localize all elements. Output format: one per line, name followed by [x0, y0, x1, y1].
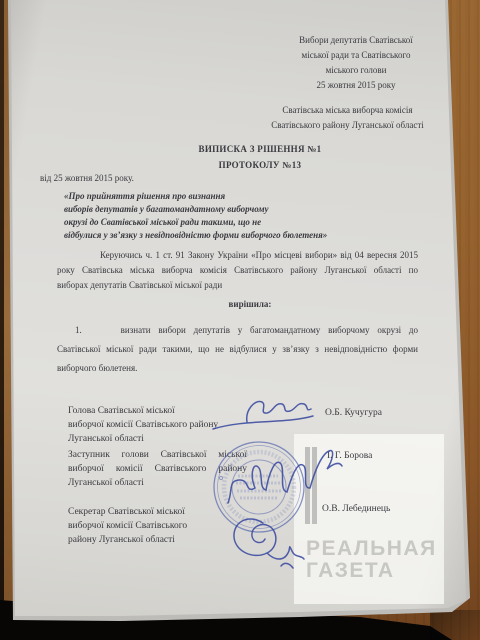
watermark-line: РЕАЛЬНАЯ — [306, 538, 437, 560]
subject-block: «Про прийняття рішення про визнання вибо… — [64, 190, 374, 242]
signatory-title-line: виборчої комісії Сватівського — [68, 519, 238, 533]
signatory-title-line: виборчої комісії Сватівського району — [68, 418, 247, 432]
subject-line: виборів депутатів у багатомандатному виб… — [64, 203, 374, 216]
signatory-title-deputy: Заступник голови Сватівської міської виб… — [68, 448, 247, 490]
watermark-line: ГАЗЕТА — [306, 560, 437, 582]
photo-of-document: Вибори депутатів Сватівської міської рад… — [0, 0, 480, 640]
signatory-title-line: Голова Сватівської міської — [68, 404, 247, 418]
signatory-title-line: Заступник голови Сватівської міської — [68, 448, 247, 462]
header-line: Вибори депутатів Сватівської — [270, 33, 442, 48]
signatory-title-line: Луганської області — [68, 476, 247, 490]
signatory-name-secretary: О.В. Лебединець — [322, 502, 390, 517]
title-line: ПРОТОКОЛУ №13 — [100, 157, 420, 173]
header-line: міської ради та Сватівського — [270, 48, 442, 63]
preamble-line: Керуючись ч. 1 ст. 91 Закону України «Пр… — [57, 248, 418, 263]
subject-line: «Про прийняття рішення про визнання — [64, 190, 374, 203]
header-commission-block: Сватівська міська виборча комісія Сватів… — [250, 103, 445, 133]
subject-line: відбулися у зв’язку з невідповідністю фо… — [64, 229, 374, 242]
header-line: міського голови — [270, 63, 442, 78]
header-line: Сватівського району Луганської області — [250, 118, 445, 133]
signatory-name-deputy: І. Г. Борова — [327, 449, 372, 464]
resolution-item: 1. визнати вибори депутатів у багатоманд… — [57, 321, 418, 378]
signatory-title-chair: Голова Сватівської міської виборчої комі… — [68, 404, 247, 446]
signatory-name-chair: О.Б. Кучугура — [325, 406, 382, 421]
signatory-title-line: виборчої комісії Сватівського району — [68, 462, 247, 476]
subject-line: окрузі до Сватівської міської ради таким… — [64, 216, 374, 229]
signatory-title-line: району Луганської області — [68, 533, 238, 547]
header-line: 25 жовтня 2015 року — [270, 78, 442, 93]
preamble-paragraph: Керуючись ч. 1 ст. 91 Закону України «Пр… — [57, 248, 418, 293]
resolution-line: Сватівської міської ради такими, що не в… — [57, 340, 418, 359]
watermark-gazeta: РЕАЛЬНАЯ ГАЗЕТА — [306, 538, 437, 582]
signatory-title-line: Луганської області — [68, 432, 247, 446]
header-line: Сватівська міська виборча комісія — [250, 103, 445, 118]
date-line: від 25 жовтня 2015 року. — [40, 171, 134, 186]
resolution-line: виборчого бюлетеня. — [57, 359, 418, 378]
header-election-block: Вибори депутатів Сватівської міської рад… — [270, 33, 442, 93]
signatory-title-secretary: Секретар Сватівської міської виборчої ко… — [68, 505, 238, 547]
resolved-word: вирішила: — [70, 297, 430, 312]
preamble-line: виборах депутатів Сватівської міської ра… — [57, 278, 418, 293]
preamble-line: року Сватівська міська виборча комісія С… — [57, 263, 418, 278]
document-title: ВИПИСКА З РІШЕННЯ №1 ПРОТОКОЛУ №13 — [100, 141, 420, 173]
title-line: ВИПИСКА З РІШЕННЯ №1 — [100, 141, 420, 157]
resolution-line: 1. визнати вибори депутатів у багатоманд… — [57, 321, 418, 340]
signatory-title-line: Секретар Сватівської міської — [68, 505, 238, 519]
